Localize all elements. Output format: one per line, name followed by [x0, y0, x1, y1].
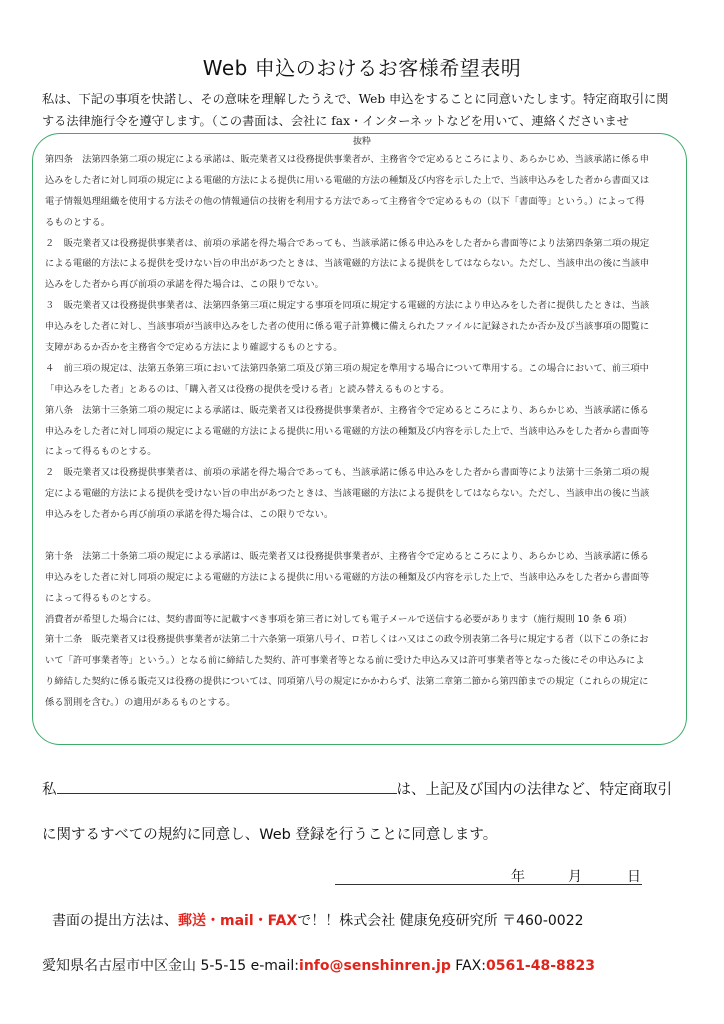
consent-line-1: 私は、上記及び国内の法律など、特定商取引 [42, 778, 682, 799]
excerpt-line: ２ 販売業者又は役務提供事業者は、前項の承諾を得た場合であっても、当該承諾に係る… [45, 234, 685, 255]
excerpt-line: り締結した契約に係る販売又は役務の提供については、同項第八号の規定にかかわらず、… [45, 672, 685, 693]
submission-prefix: 書面の提出方法は、 [52, 913, 178, 929]
address-info: 愛知県名古屋市中区金山 5-5-15 e-mail:info@senshinre… [42, 955, 595, 975]
consent-suffix: は、上記及び国内の法律など、特定商取引 [397, 782, 673, 798]
submission-info: 書面の提出方法は、郵送・mail・FAXで！！株式会社 健康免疫研究所 〒460… [52, 910, 584, 930]
email-link[interactable]: info@senshinren.jp [299, 958, 451, 974]
excerpt-line: 第八条 法第十三条第二項の規定による承諾は、販売業者又は役務提供事業者が、主務省… [45, 401, 685, 422]
intro-line: 私は、下記の事項を快諾し、その意味を理解したうえで、Web 申込をすることに同意… [42, 88, 692, 110]
date-field[interactable]: 年 月 日 [335, 866, 642, 885]
excerpt-line: 定による電磁的方法による提供を受けない旨の申出があつたときは、当該電磁的方法によ… [45, 484, 685, 505]
fax-label: FAX: [451, 958, 486, 974]
day-label: 日 [627, 866, 641, 886]
excerpt-line [45, 526, 685, 547]
excerpt-line: による電磁的方法による提供を受けない旨の申出があつたときは、当該電磁的方法による… [45, 254, 685, 275]
excerpt-line: 込みをした者から再び前項の承諾を得た場合は、この限りでない。 [45, 275, 685, 296]
fax-number: 0561-48-8823 [486, 958, 595, 974]
consent-prefix: 私 [42, 782, 57, 798]
excerpt-line: 消費者が希望した場合には、契約書面等に記載すべき事項を第三者に対しても電子メール… [45, 610, 685, 631]
excerpt-line: 電子情報処理組織を使用する方法その他の情報通信の技術を利用する方法であって主務省… [45, 192, 685, 213]
excerpt-line: 支障があるか否かを主務省令で定める方法により確認するものとする。 [45, 338, 685, 359]
street-address: 愛知県名古屋市中区金山 5-5-15 e-mail: [42, 958, 299, 974]
name-blank-field[interactable] [57, 779, 397, 794]
excerpt-line: いて「許可事業者等」という。）となる前に締結した契約、許可事業者等となる前に受け… [45, 651, 685, 672]
excerpt-line: ４ 前三項の規定は、法第五条第三項において法第四条第二項及び第三項の規定を準用す… [45, 359, 685, 380]
excerpt-line: 「申込みをした者」とあるのは、「購入者又は役務の提供を受ける者」と読み替えるもの… [45, 380, 685, 401]
submission-suffix: で！！株式会社 健康免疫研究所 〒460-0022 [297, 913, 583, 929]
excerpt-line: によって得るものとする。 [45, 442, 685, 463]
intro-line: する法律施行令を遵守します。（この書面は、会社に fax・インターネットなどを用… [42, 110, 692, 132]
excerpt-line: 第十二条 販売業者又は役務提供事業者が法第二十六条第一項第八号イ、ロ若しくはハ又… [45, 630, 685, 651]
excerpt-line: によって得るものとする。 [45, 589, 685, 610]
submission-methods: 郵送・mail・FAX [178, 913, 297, 929]
excerpt-line: 申込みをした者に対し、当該事項が当該申込みをした者の使用に係る電子計算機に備えら… [45, 317, 685, 338]
intro-paragraph: 私は、下記の事項を快諾し、その意味を理解したうえで、Web 申込をすることに同意… [42, 88, 692, 132]
consent-line-2: に関するすべての規約に同意し、Web 登録を行うことに同意します。 [42, 823, 682, 844]
page-title: Web 申込のおけるお客様希望表明 [0, 52, 724, 81]
excerpt-line: るものとする。 [45, 213, 685, 234]
excerpt-heading: 抜粋 [0, 134, 724, 147]
excerpt-line: ３ 販売業者又は役務提供事業者は、法第四条第三項に規定する事項を同項に規定する電… [45, 296, 685, 317]
excerpt-line: 係る罰則を含む。）の適用があるものとする。 [45, 693, 685, 714]
excerpt-line: 第四条 法第四条第二項の規定による承諾は、販売業者又は役務提供事業者が、主務省令… [45, 150, 685, 171]
year-label: 年 [511, 866, 525, 886]
excerpt-line: 込みをした者に対し同項の規定による電磁的方法による提供に用いる電磁的方法の種類及… [45, 171, 685, 192]
month-label: 月 [568, 866, 582, 886]
excerpt-line: 第十条 法第二十条第二項の規定による承諾は、販売業者又は役務提供事業者が、主務省… [45, 547, 685, 568]
excerpt-line: ２ 販売業者又は役務提供事業者は、前項の承諾を得た場合であっても、当該承諾に係る… [45, 463, 685, 484]
excerpt-line: 申込みをした者に対し同項の規定による電磁的方法による提供に用いる電磁的方法の種類… [45, 568, 685, 589]
excerpt-line: 申込みをした者に対し同項の規定による電磁的方法による提供に用いる電磁的方法の種類… [45, 422, 685, 443]
excerpt-line: 申込みをした者から再び前項の承諾を得た場合は、この限りでない。 [45, 505, 685, 526]
excerpt-text: 第四条 法第四条第二項の規定による承諾は、販売業者又は役務提供事業者が、主務省令… [45, 150, 685, 714]
